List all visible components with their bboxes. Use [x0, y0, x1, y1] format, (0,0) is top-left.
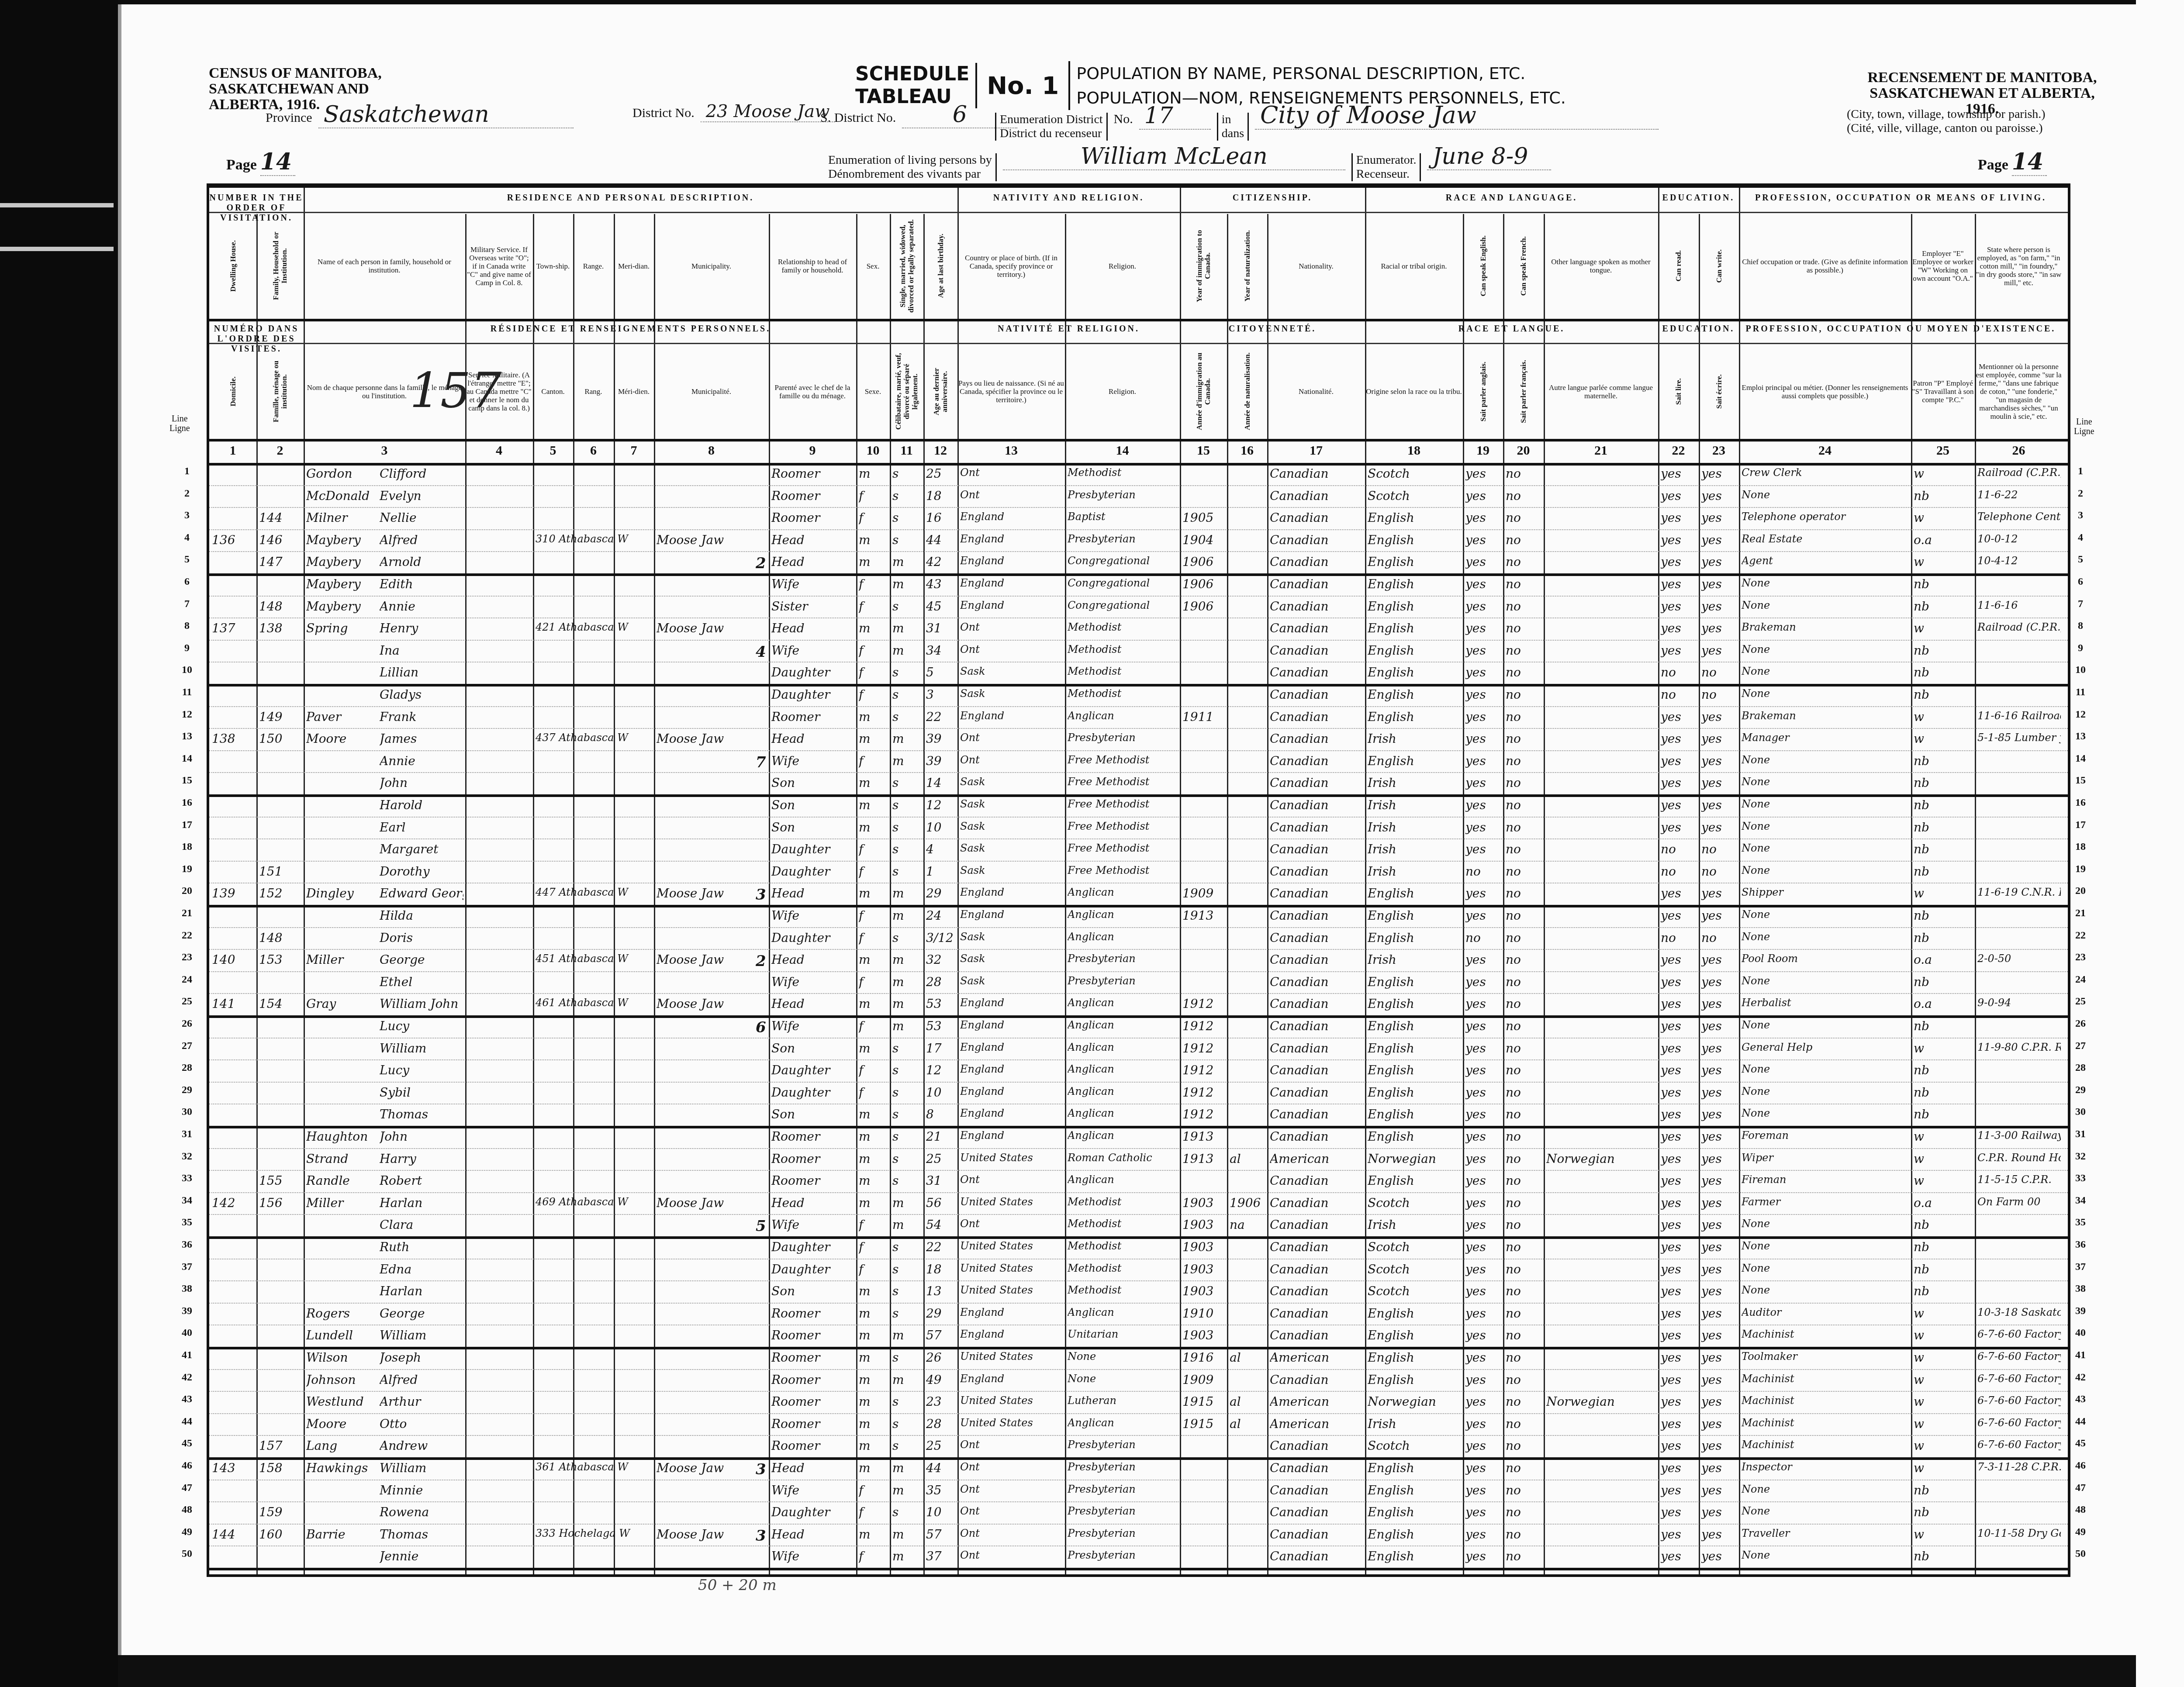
- cell-read: yes: [1661, 1173, 1697, 1188]
- cell-write: yes: [1701, 952, 1737, 967]
- cell-fr: no: [1506, 1063, 1542, 1077]
- cell-emp: nb: [1914, 489, 1973, 503]
- cell-write: yes: [1701, 1350, 1737, 1365]
- cell-occupation: None: [1742, 1063, 1909, 1075]
- cell-age: 53: [926, 997, 956, 1011]
- cell-dwelling: 141: [212, 997, 255, 1011]
- cell-dwelling: 144: [212, 1527, 255, 1542]
- row-divider: [209, 1259, 2068, 1259]
- column-number: 23: [1699, 443, 1739, 458]
- cell-where: 11-6-16: [1977, 599, 2061, 611]
- cell-rel: Roomer: [771, 511, 854, 525]
- cell-read: yes: [1661, 466, 1697, 481]
- cell-age: 26: [926, 1350, 956, 1365]
- cell-religion: Presbyterian: [1068, 1461, 1178, 1473]
- line-number: 32: [176, 1151, 198, 1163]
- cell-occupation: None: [1742, 975, 1909, 987]
- cell-read: yes: [1661, 975, 1697, 989]
- cell-age: 39: [926, 754, 956, 768]
- cell-birth: England: [960, 1306, 1063, 1318]
- cell-sex: m: [859, 886, 888, 900]
- cell-emp: nb: [1914, 931, 1973, 945]
- cell-surname: Randle: [306, 1173, 379, 1188]
- line-number: 44: [2070, 1416, 2091, 1428]
- cell-sex: f: [859, 842, 888, 856]
- column-header-en: Can speak English.: [1479, 235, 1487, 296]
- cell-imm: 1905: [1182, 511, 1225, 525]
- cell-municipality: Moose Jaw: [657, 1196, 767, 1210]
- cell-fr: no: [1506, 710, 1542, 724]
- cell-eng: yes: [1465, 1439, 1501, 1453]
- cell-nationality: Canadian: [1270, 1173, 1363, 1188]
- cell-birth: Ont: [960, 1218, 1063, 1230]
- cell-age: 18: [926, 1262, 956, 1276]
- column-header-en: Racial or tribal origin.: [1381, 262, 1447, 270]
- line-number: 1: [176, 466, 198, 477]
- cell-read: yes: [1661, 820, 1697, 835]
- cell-rel: Son: [771, 776, 854, 790]
- cell-marital: s: [892, 864, 922, 879]
- cell-imm: 1909: [1182, 1373, 1225, 1387]
- cell-where: 11-5-15 C.P.R.: [1977, 1173, 2061, 1186]
- household-count: 2: [756, 555, 766, 572]
- cell-religion: Anglican: [1068, 1417, 1178, 1429]
- cell-family: 138: [259, 621, 302, 635]
- cell-nationality: Canadian: [1270, 643, 1363, 658]
- column-header-fr-9: Parenté avec le chef de la famille ou du…: [769, 346, 856, 437]
- line-number: 11: [2070, 687, 2091, 698]
- cell-occupation: None: [1742, 1085, 1909, 1097]
- cell-surname: Rogers: [306, 1306, 379, 1321]
- cell-given: Earl: [380, 820, 463, 835]
- cell-write: yes: [1701, 643, 1737, 658]
- cell-eng: yes: [1465, 820, 1501, 835]
- cell-marital: s: [892, 710, 922, 724]
- cell-nationality: Canadian: [1270, 1063, 1363, 1077]
- cell-fr: no: [1506, 931, 1542, 945]
- line-number: 7: [176, 598, 198, 610]
- cell-marital: s: [892, 1152, 922, 1166]
- cell-marital: s: [892, 1063, 922, 1077]
- cell-birth: England: [960, 1063, 1063, 1075]
- line-number: 40: [176, 1327, 198, 1339]
- cell-birth: United States: [960, 1152, 1063, 1164]
- cell-fr: no: [1506, 1085, 1542, 1100]
- cell-age: 31: [926, 1173, 956, 1188]
- cell-family: 155: [259, 1173, 302, 1188]
- enumerator-field: Enumeration of living persons by Dénombr…: [825, 143, 1551, 181]
- cell-surname: Gordon: [306, 466, 379, 481]
- cell-emp: nb: [1914, 1549, 1973, 1563]
- cell-emp: w: [1914, 1152, 1973, 1166]
- cell-occupation: None: [1742, 1505, 1909, 1517]
- cell-origin: English: [1368, 1461, 1461, 1475]
- cell-birth: Ont: [960, 466, 1063, 479]
- line-number: 36: [176, 1239, 198, 1251]
- cell-fr: no: [1506, 1107, 1542, 1121]
- cell-where: 6-7-6-60 Factory: [1977, 1373, 2061, 1385]
- cell-marital: s: [892, 1041, 922, 1056]
- cell-rel: Daughter: [771, 1240, 854, 1254]
- line-number: 29: [2070, 1084, 2091, 1096]
- cell-eng: yes: [1465, 731, 1501, 746]
- line-number: 5: [2070, 554, 2091, 566]
- cell-birth: Ont: [960, 489, 1063, 501]
- line-number: 19: [176, 863, 198, 875]
- cell-rel: Head: [771, 1196, 854, 1210]
- cell-nationality: Canadian: [1270, 908, 1363, 923]
- household-count: 2: [756, 952, 766, 970]
- cell-occupation: Auditor: [1742, 1306, 1909, 1318]
- column-header-fr-15: Année d'immigration au Canada.: [1180, 346, 1227, 437]
- cell-nationality: Canadian: [1270, 1218, 1363, 1232]
- cell-municipality: Moose Jaw: [657, 1461, 767, 1475]
- sub-district-field: S. District No. 6: [820, 101, 1017, 128]
- section-race-en: Race and language.: [1365, 193, 1658, 203]
- cell-age: 23: [926, 1394, 956, 1409]
- cell-age: 25: [926, 466, 956, 481]
- cell-where: 7-3-11-28 C.P.R. Shops: [1977, 1461, 2061, 1473]
- cell-surname: Strand: [306, 1152, 379, 1166]
- cell-birth: Ont: [960, 1549, 1063, 1561]
- cell-sex: m: [859, 1394, 888, 1409]
- cell-origin: Scotch: [1368, 1284, 1461, 1298]
- cell-sex: f: [859, 511, 888, 525]
- cell-religion: Anglican: [1068, 1063, 1178, 1075]
- cell-religion: Presbyterian: [1068, 1527, 1178, 1539]
- column-header-fr-18: Origine selon la race ou la tribu.: [1365, 346, 1463, 437]
- line-number: 29: [176, 1084, 198, 1096]
- row-divider: [209, 1546, 2068, 1546]
- section-nativity-en: Nativity and religion.: [957, 193, 1180, 203]
- column-header-20: Can speak French.: [1503, 215, 1544, 317]
- cell-rel: Roomer: [771, 1417, 854, 1431]
- row-divider: [209, 706, 2068, 707]
- cell-fr: no: [1506, 1019, 1542, 1033]
- cell-religion: Presbyterian: [1068, 1505, 1178, 1517]
- cell-religion: Methodist: [1068, 1196, 1178, 1208]
- column-header-fr-24: Emploi principal ou métier. (Donner les …: [1739, 346, 1911, 437]
- cell-write: yes: [1701, 533, 1737, 547]
- line-number: 3: [176, 510, 198, 521]
- line-number: 28: [2070, 1062, 2091, 1074]
- column-header-fr: Célibataire, marié, veuf, divorcé ou sép…: [894, 347, 919, 436]
- cell-read: yes: [1661, 1505, 1697, 1519]
- cell-religion: Free Methodist: [1068, 776, 1178, 788]
- cell-rel: Son: [771, 1107, 854, 1121]
- cell-nationality: Canadian: [1270, 731, 1363, 746]
- cell-where: 11-9-80 C.P.R. Round House: [1977, 1041, 2061, 1053]
- cell-surname: Maybery: [306, 533, 379, 547]
- column-number: 3: [304, 443, 465, 458]
- cell-nationality: Canadian: [1270, 577, 1363, 591]
- line-number: 34: [2070, 1195, 2091, 1207]
- cell-fr: no: [1506, 820, 1542, 835]
- cell-write: yes: [1701, 1461, 1737, 1475]
- cell-birth: Ont: [960, 1439, 1063, 1451]
- cell-family: 154: [259, 997, 302, 1011]
- cell-read: no: [1661, 665, 1697, 680]
- cell-nationality: Canadian: [1270, 1328, 1363, 1342]
- cell-eng: yes: [1465, 1240, 1501, 1254]
- cell-given: Dorothy: [380, 864, 463, 879]
- cell-write: yes: [1701, 577, 1737, 591]
- cell-sex: f: [859, 687, 888, 702]
- page-number-left: Page 14: [226, 148, 295, 176]
- cell-rel: Roomer: [771, 1373, 854, 1387]
- cell-religion: Presbyterian: [1068, 533, 1178, 545]
- cell-religion: Free Methodist: [1068, 864, 1178, 876]
- line-number: 6: [2070, 576, 2091, 588]
- cell-eng: yes: [1465, 975, 1501, 989]
- column-header-fr-1: Domicile.: [209, 346, 256, 437]
- cell-surname: Maybery: [306, 599, 379, 614]
- column-header-en: Can read.: [1674, 250, 1683, 281]
- cell-age: 24: [926, 908, 956, 923]
- cell-street: 451 Athabasca W: [536, 952, 652, 965]
- cell-read: yes: [1661, 1129, 1697, 1144]
- column-header-en: Year of immigration to Canada.: [1195, 216, 1212, 316]
- cell-sex: m: [859, 1328, 888, 1342]
- cell-sex: m: [859, 1439, 888, 1453]
- column-header-3: Name of each person in family, household…: [304, 215, 465, 317]
- cell-imm: 1903: [1182, 1328, 1225, 1342]
- column-header-fr: Année de naturalisation.: [1243, 352, 1251, 430]
- cell-eng: yes: [1465, 533, 1501, 547]
- cell-eng: yes: [1465, 599, 1501, 614]
- cell-sex: f: [859, 489, 888, 503]
- cell-marital: m: [892, 1483, 922, 1497]
- column-header-fr-16: Année de naturalisation.: [1227, 346, 1267, 437]
- line-number: 18: [2070, 841, 2091, 853]
- column-header-18: Racial or tribal origin.: [1365, 215, 1463, 317]
- cell-religion: Methodist: [1068, 1262, 1178, 1274]
- household-count: 3: [756, 886, 766, 904]
- column-header-en: Range.: [583, 262, 604, 270]
- cell-given: Ethel: [380, 975, 463, 989]
- row-divider: [209, 1280, 2068, 1281]
- cell-nationality: Canadian: [1270, 555, 1363, 569]
- column-number: 5: [533, 443, 573, 458]
- column-header-26: State where person is employed, as "on f…: [1975, 215, 2063, 317]
- cell-religion: Methodist: [1068, 687, 1178, 700]
- cell-surname: Hawkings: [306, 1461, 379, 1475]
- cell-marital: m: [892, 908, 922, 923]
- column-header-5: Town-ship.: [533, 215, 573, 317]
- cell-sex: m: [859, 621, 888, 635]
- cell-age: 3: [926, 687, 956, 702]
- cell-fr: no: [1506, 621, 1542, 635]
- enumeration-by-en: Enumeration of living persons by: [828, 153, 992, 167]
- cell-write: yes: [1701, 1063, 1737, 1077]
- cell-birth: United States: [960, 1284, 1063, 1296]
- column-number: 16: [1227, 443, 1267, 458]
- cell-imm: 1913: [1182, 1152, 1225, 1166]
- cell-origin: English: [1368, 643, 1461, 658]
- cell-fr: no: [1506, 842, 1542, 856]
- cell-sex: m: [859, 1350, 888, 1365]
- cell-family: 146: [259, 533, 302, 547]
- cell-nationality: Canadian: [1270, 1306, 1363, 1321]
- cell-origin: English: [1368, 511, 1461, 525]
- cell-given: Alfred: [380, 533, 463, 547]
- cell-given: Robert: [380, 1173, 463, 1188]
- cell-write: yes: [1701, 908, 1737, 923]
- cell-religion: Free Methodist: [1068, 842, 1178, 854]
- cell-read: yes: [1661, 1350, 1697, 1365]
- cell-fr: no: [1506, 555, 1542, 569]
- cell-sex: f: [859, 665, 888, 680]
- cell-sex: f: [859, 1549, 888, 1563]
- column-number: 15: [1180, 443, 1227, 458]
- cell-eng: yes: [1465, 776, 1501, 790]
- cell-emp: nb: [1914, 908, 1973, 923]
- column-header-en: Town-ship.: [536, 262, 570, 270]
- cell-age: 18: [926, 489, 956, 503]
- cell-birth: United States: [960, 1417, 1063, 1429]
- cell-read: yes: [1661, 776, 1697, 790]
- cell-sex: m: [859, 1417, 888, 1431]
- cell-given: Henry: [380, 621, 463, 635]
- section-residence-en: Residence and personal description.: [304, 193, 957, 203]
- cell-religion: Unitarian: [1068, 1328, 1178, 1340]
- row-divider: [209, 883, 2068, 883]
- cell-marital: s: [892, 931, 922, 945]
- cell-marital: s: [892, 1439, 922, 1453]
- cell-family: 148: [259, 931, 302, 945]
- row-divider: [209, 1148, 2068, 1149]
- cell-marital: s: [892, 1085, 922, 1100]
- cell-marital: m: [892, 997, 922, 1011]
- cell-eng: yes: [1465, 1549, 1501, 1563]
- line-number: 26: [176, 1018, 198, 1030]
- line-number: 4: [2070, 532, 2091, 544]
- cell-origin: English: [1368, 1107, 1461, 1121]
- column-header-fr-23: Sait écrire.: [1699, 346, 1739, 437]
- cell-eng: yes: [1465, 643, 1501, 658]
- cell-age: 42: [926, 555, 956, 569]
- cell-age: 57: [926, 1328, 956, 1342]
- cell-occupation: None: [1742, 577, 1909, 589]
- cell-nationality: Canadian: [1270, 1527, 1363, 1542]
- cell-fr: no: [1506, 466, 1542, 481]
- cell-eng: yes: [1465, 1107, 1501, 1121]
- enumeration-by-label: Enumeration of living persons by Dénombr…: [825, 153, 997, 181]
- line-number: 41: [2070, 1349, 2091, 1361]
- cell-religion: Lutheran: [1068, 1394, 1178, 1407]
- cell-street: 361 Athabasca W: [536, 1461, 652, 1473]
- cell-given: Otto: [380, 1417, 463, 1431]
- scan-border-left: [0, 0, 118, 1687]
- row-divider: [209, 1369, 2068, 1370]
- row-divider: [209, 1303, 2068, 1304]
- cell-fr: no: [1506, 599, 1542, 614]
- cell-religion: Methodist: [1068, 1284, 1178, 1296]
- cell-surname: Moore: [306, 731, 379, 746]
- column-header-fr: Sait parler français.: [1519, 360, 1527, 423]
- cell-surname: Lundell: [306, 1328, 379, 1342]
- cell-nationality: Canadian: [1270, 1041, 1363, 1056]
- column-header-fr: Domicile.: [229, 376, 237, 406]
- cell-sex: m: [859, 1196, 888, 1210]
- cell-given: John: [380, 776, 463, 790]
- line-number: 21: [2070, 907, 2091, 919]
- cell-eng: yes: [1465, 952, 1501, 967]
- line-number: 24: [176, 974, 198, 986]
- cell-rel: Roomer: [771, 1439, 854, 1453]
- enum-district-label-en: Enumeration District: [1000, 113, 1103, 127]
- cell-fr: no: [1506, 731, 1542, 746]
- cell-rel: Head: [771, 886, 854, 900]
- cell-emp: nb: [1914, 687, 1973, 702]
- cell-origin: English: [1368, 710, 1461, 724]
- line-number: 34: [176, 1195, 198, 1207]
- cell-occupation: Wiper: [1742, 1152, 1909, 1164]
- column-number: 4: [465, 443, 533, 458]
- line-number: 13: [2070, 731, 2091, 742]
- cell-where: Telephone Central: [1977, 511, 2061, 523]
- cell-fr: no: [1506, 1417, 1542, 1431]
- cell-family: 152: [259, 886, 302, 900]
- cell-given: Sybil: [380, 1085, 463, 1100]
- line-number: 18: [176, 841, 198, 853]
- line-number: 21: [176, 907, 198, 919]
- cell-rel: Wife: [771, 643, 854, 658]
- cell-nat-year: al: [1230, 1394, 1265, 1409]
- cell-read: yes: [1661, 1085, 1697, 1100]
- cell-fr: no: [1506, 997, 1542, 1011]
- cell-read: yes: [1661, 1527, 1697, 1542]
- cell-nationality: Canadian: [1270, 1085, 1363, 1100]
- cell-write: no: [1701, 931, 1737, 945]
- cell-marital: s: [892, 1240, 922, 1254]
- cell-imm: 1909: [1182, 886, 1225, 900]
- cell-fr: no: [1506, 1350, 1542, 1365]
- cell-read: yes: [1661, 1262, 1697, 1276]
- line-number: 16: [176, 797, 198, 809]
- cell-occupation: Real Estate: [1742, 533, 1909, 545]
- cell-write: no: [1701, 864, 1737, 879]
- cell-given: Alfred: [380, 1373, 463, 1387]
- cell-age: 3/12: [926, 931, 956, 945]
- row-divider: [209, 794, 2068, 797]
- cell-given: Annie: [380, 754, 463, 768]
- cell-imm: 1906: [1182, 577, 1225, 591]
- line-number: 24: [2070, 974, 2091, 986]
- line-number: 3: [2070, 510, 2091, 521]
- cell-marital: s: [892, 1505, 922, 1519]
- column-number: 20: [1503, 443, 1544, 458]
- cell-rel: Head: [771, 952, 854, 967]
- column-header-en: Can speak French.: [1519, 236, 1527, 296]
- cell-religion: Baptist: [1068, 511, 1178, 523]
- cell-birth: England: [960, 1041, 1063, 1053]
- cell-given: Harlan: [380, 1196, 463, 1210]
- household-count: 4: [756, 643, 766, 661]
- cell-rel: Wife: [771, 1483, 854, 1497]
- cell-imm: 1913: [1182, 1129, 1225, 1144]
- cell-religion: Methodist: [1068, 621, 1178, 633]
- row-divider: [209, 1325, 2068, 1325]
- column-header-en: Sex.: [867, 262, 880, 270]
- cell-fr: no: [1506, 511, 1542, 525]
- cell-sex: m: [859, 555, 888, 569]
- cell-birth: Sask: [960, 798, 1063, 810]
- line-number: 14: [176, 753, 198, 765]
- cell-emp: w: [1914, 1306, 1973, 1321]
- column-number: 11: [890, 443, 923, 458]
- column-header-fr-7: Méri-dien.: [614, 346, 654, 437]
